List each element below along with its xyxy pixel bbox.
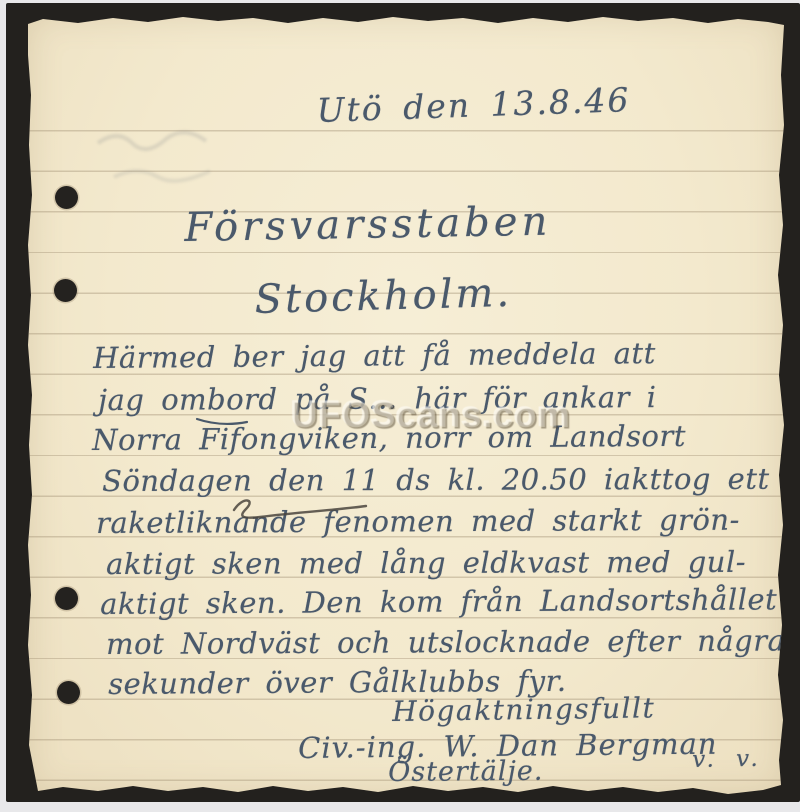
body-line-4: Söndagen den 11 ds kl. 20.50 iakttog ett	[102, 462, 770, 498]
punch-hole	[57, 681, 80, 704]
recipient-line-2: Stockholm.	[254, 270, 513, 323]
punch-hole	[55, 186, 78, 209]
verso-note: v. v.	[692, 746, 762, 773]
body-line-7: aktigt sken. Den kom från Landsortshålle…	[100, 582, 777, 621]
punch-hole	[54, 279, 77, 302]
body-line-1: Härmed ber jag att få meddela att	[93, 336, 656, 375]
body-line-8: mot Nordväst och utslocknade efter några	[106, 623, 785, 661]
scan-background: Utö den 13.8.46 Försvarsstaben Stockholm…	[0, 0, 800, 812]
closing-line: Högaktningsfullt	[392, 691, 655, 728]
body-line-5: raketliknande fenomen med starkt grön-	[96, 503, 740, 540]
signature-place-line: Östertälje.	[388, 756, 544, 788]
body-line-6: aktigt sken med lång eldkvast med gul-	[106, 545, 746, 581]
letter-page: Utö den 13.8.46 Försvarsstaben Stockholm…	[28, 15, 784, 794]
recipient-line-1: Försvarsstaben	[184, 199, 552, 251]
ufoscans-watermark: UFOScans.com	[291, 394, 570, 436]
date-line: Utö den 13.8.46	[316, 80, 631, 130]
punch-hole	[55, 587, 78, 610]
